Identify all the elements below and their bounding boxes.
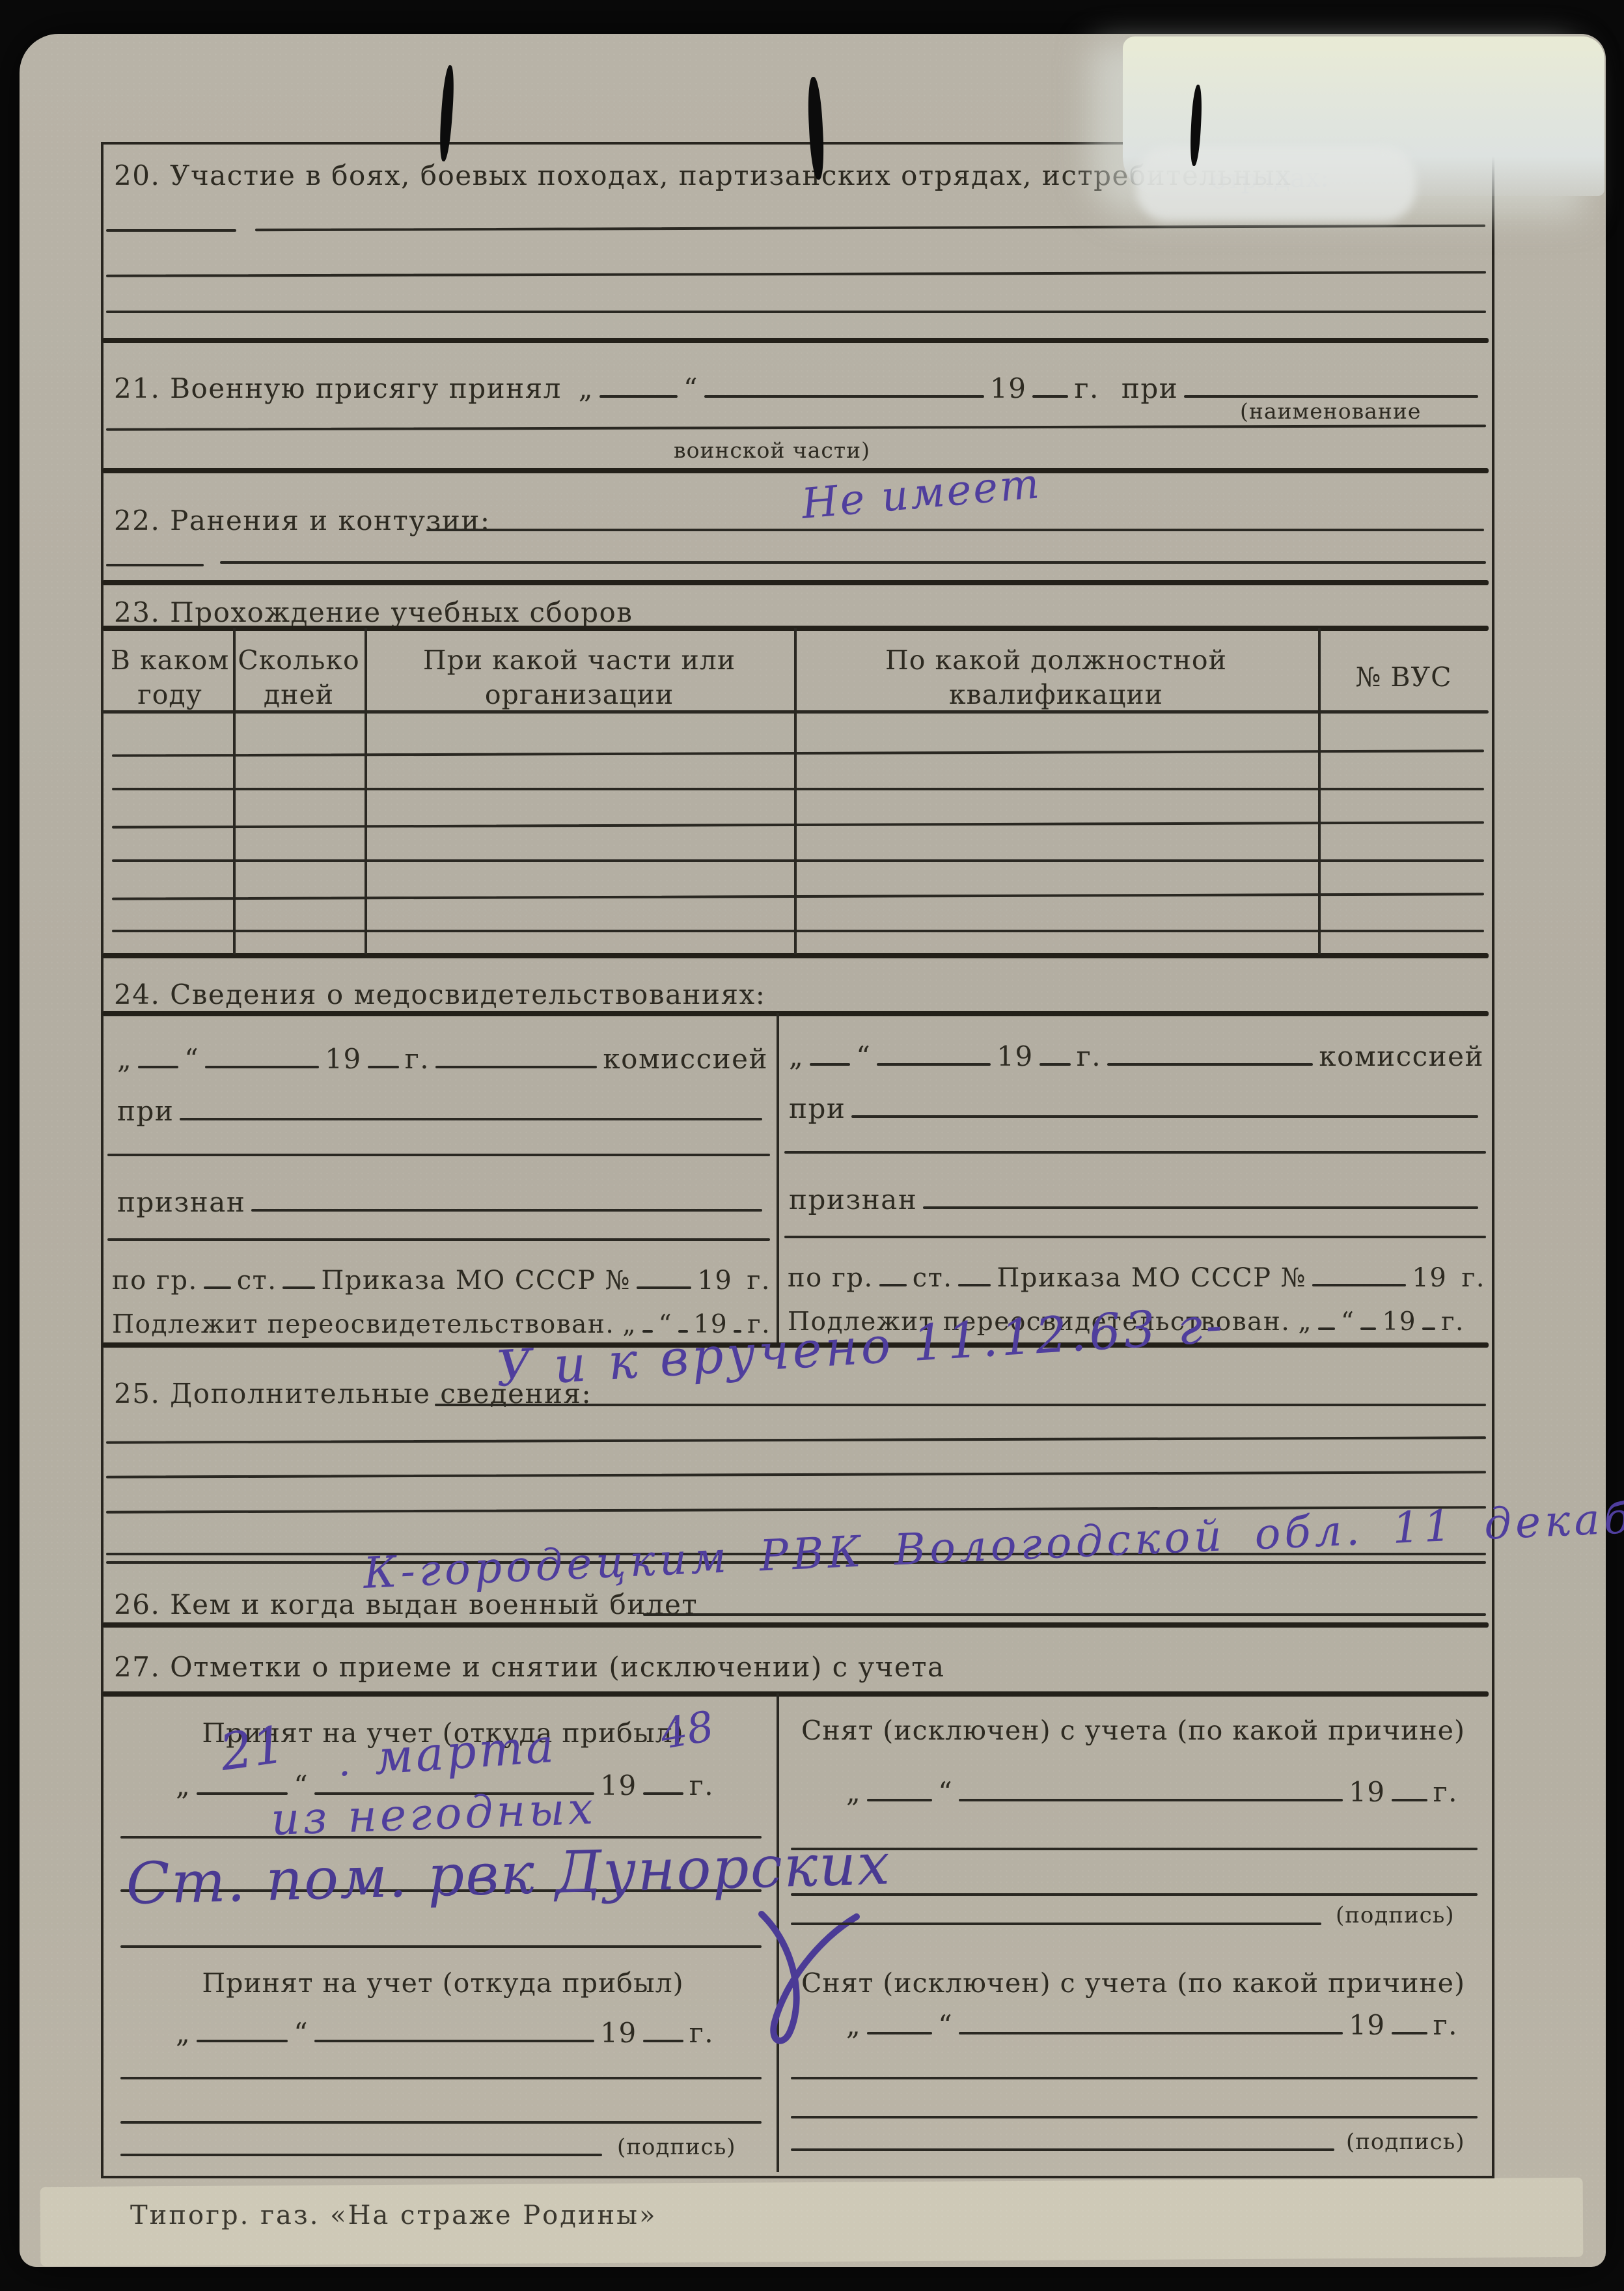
blank-year — [643, 2040, 683, 2042]
year-suffix: г. — [1433, 2009, 1458, 2041]
po-gr-label: по гр. — [112, 1266, 198, 1296]
table-col-separator — [365, 628, 367, 954]
signature-caption: (подпись) — [1346, 2129, 1465, 2155]
year-suffix: г. — [689, 1770, 714, 1801]
col-header-vus: № ВУС — [1321, 660, 1487, 695]
ruled-line — [120, 2154, 602, 2156]
ruled-line — [791, 2116, 1478, 2118]
hint-naimenovanie: (наименование — [1240, 398, 1421, 424]
year-prefix: 19 — [1349, 1776, 1385, 1808]
section-divider — [102, 1622, 1489, 1628]
handwriting-day: 21 — [216, 1715, 288, 1783]
year-prefix: 19 — [990, 372, 1026, 404]
table-row-line — [112, 788, 1484, 790]
ruled-line — [120, 2121, 762, 2124]
blank-oath-month — [704, 395, 984, 398]
quote-close: “ — [184, 1043, 199, 1075]
priznan-label: признан — [117, 1186, 245, 1218]
ruled-line — [791, 1893, 1478, 1896]
table-row-line — [112, 930, 1484, 932]
ruled-line — [107, 1154, 770, 1156]
remove-header: Снят (исключен) с учета (по какой причин… — [779, 1714, 1487, 1748]
col-header-days: Сколько дней — [236, 643, 362, 713]
year-suffix: г. — [1461, 1263, 1485, 1293]
medical-order-row: по гр. ст. Приказа МО СССР № 19 г. — [112, 1266, 771, 1296]
section-divider — [102, 580, 1489, 585]
commission-label: комиссией — [1319, 1040, 1484, 1072]
table-col-separator — [1318, 628, 1321, 954]
quote-close: “ — [938, 1776, 953, 1808]
ruled-line — [120, 2077, 762, 2079]
col-header-year: В каком году — [109, 643, 230, 713]
fill-line — [643, 1613, 1486, 1616]
section-24-label: 24. Сведения о медосвидетельствованиях: — [114, 979, 765, 1010]
blank-month — [314, 2040, 594, 2042]
fill-line — [435, 1404, 1486, 1406]
quote-open: „ — [846, 2009, 861, 2041]
col-header-qualification: По какой должностной квалификации — [797, 643, 1315, 713]
blank-st — [282, 1286, 315, 1289]
blank-commission — [1107, 1063, 1313, 1066]
section-21-label: 21. Военную присягу принял — [114, 372, 562, 404]
quote-open: „ — [176, 2017, 191, 2049]
blank-day — [1318, 1327, 1335, 1330]
ruled-line — [107, 1238, 770, 1241]
year-prefix: 19 — [325, 1043, 361, 1075]
ruled-line — [106, 229, 236, 232]
pri-label: при — [789, 1092, 846, 1124]
table-col-separator — [794, 628, 797, 954]
blank-year — [1039, 1063, 1071, 1066]
pri-label: при — [117, 1095, 174, 1127]
ruled-line — [106, 564, 204, 566]
blank-year — [1392, 2032, 1427, 2034]
blank-year — [1392, 1799, 1427, 1801]
blank-month — [205, 1066, 319, 1068]
quote-close: “ — [294, 2017, 309, 2049]
accept-header: Принят на учет (откуда прибыл) — [109, 1966, 777, 2001]
year-suffix: г. — [1441, 1307, 1465, 1337]
blank-reason — [959, 2032, 1343, 2034]
year-prefix: 19 — [1382, 1307, 1416, 1337]
scanned-military-card-page: 20. Участие в боях, боевых походах, парт… — [0, 0, 1624, 2291]
section-divider — [102, 338, 1489, 343]
quote-open: „ — [579, 372, 594, 404]
st-label: ст. — [913, 1263, 953, 1293]
year-suffix: г. — [689, 2017, 714, 2049]
blank-oath-year — [1032, 395, 1068, 398]
year-prefix: 19 — [997, 1040, 1033, 1072]
blank-day — [867, 2032, 932, 2034]
medical-order-row: по гр. ст. Приказа МО СССР № 19 г. — [788, 1263, 1485, 1293]
year-prefix: 19 — [697, 1266, 732, 1296]
section-divider — [102, 468, 1489, 473]
year-prefix: 19 — [600, 1770, 637, 1801]
commission-label: комиссией — [603, 1043, 768, 1075]
year-prefix: 19 — [1349, 2009, 1385, 2041]
blank-gr — [204, 1286, 231, 1289]
ruled-line — [791, 2077, 1478, 2079]
ruled-line — [784, 1151, 1486, 1154]
blank-commission — [435, 1066, 597, 1068]
blank-unit-name — [1184, 395, 1478, 398]
prikaz-label: Приказа МО СССР № — [321, 1266, 631, 1296]
remove-header: Снят (исключен) с учета (по какой причин… — [779, 1966, 1487, 2001]
po-gr-label: по гр. — [788, 1263, 874, 1293]
section-20-faint-text: отрядах: — [1211, 163, 1329, 195]
medical-column-divider — [777, 1013, 779, 1345]
register-date-row: „ “ 19 г. — [846, 2009, 1458, 2041]
year-suffix: г. — [1077, 1040, 1101, 1072]
medical-date-row: „ “ 19 г. комиссией — [789, 1040, 1484, 1072]
medical-priznan-row: признан — [117, 1186, 768, 1218]
pri-label: при — [1122, 372, 1178, 404]
blank-day — [197, 2040, 288, 2042]
fill-line — [426, 529, 1484, 531]
blank-reason — [959, 1799, 1343, 1801]
ruled-line — [791, 1848, 1478, 1850]
blank-year — [1422, 1327, 1435, 1330]
quote-open: „ — [117, 1043, 132, 1075]
year-prefix: 19 — [1412, 1263, 1447, 1293]
medical-date-row: „ “ 19 г. комиссией — [117, 1043, 768, 1075]
section-22-label: 22. Ранения и контузии: — [114, 505, 491, 536]
blank-year — [643, 1792, 683, 1795]
medical-pri-row: при — [789, 1092, 1484, 1124]
quote-close: “ — [938, 2009, 953, 2041]
priznan-label: признан — [789, 1184, 917, 1215]
blank-order-no — [1312, 1284, 1406, 1286]
printer-footer: Типогр. газ. «На страже Родины» — [130, 2201, 657, 2230]
register-column-divider — [777, 1693, 779, 2172]
blank-day — [867, 1799, 932, 1801]
medical-priznan-row: признан — [789, 1184, 1484, 1215]
year-suffix: г. — [1433, 1776, 1458, 1808]
blank-order-no — [637, 1286, 691, 1289]
quote-close: “ — [683, 372, 698, 404]
blank-day — [138, 1066, 178, 1068]
register-date-row: „ “ 19 г. — [846, 1776, 1458, 1808]
medical-pri-row: при — [117, 1095, 768, 1127]
quote-open: „ — [1298, 1307, 1312, 1337]
ruled-line — [120, 1945, 762, 1948]
section-20-label: 20. Участие в боях, боевых походах, парт… — [114, 160, 1291, 191]
table-row-line — [112, 859, 1484, 862]
quote-open: „ — [846, 1776, 861, 1808]
year-suffix: г. — [405, 1043, 430, 1075]
blank-month — [1360, 1327, 1376, 1330]
handwriting-year: 48 — [657, 1702, 717, 1759]
prikaz-label: Приказа МО СССР № — [997, 1263, 1306, 1293]
register-date-row: „ “ 19 г. — [176, 2017, 755, 2049]
blank-priznan — [923, 1206, 1478, 1209]
quote-open: „ — [789, 1040, 804, 1072]
section-23-label: 23. Прохождение учебных сборов — [114, 596, 633, 628]
year-suffix: г. — [747, 1266, 771, 1296]
hint-voinskoy-chasti: воинской части) — [674, 437, 870, 463]
year-suffix: г. — [1074, 372, 1099, 404]
table-col-separator — [233, 628, 236, 954]
blank-year — [368, 1066, 399, 1068]
year-prefix: 19 — [600, 2017, 637, 2049]
podlezhit-label: Подлежит переосвидетельствован. — [112, 1310, 614, 1339]
blank-oath-day — [599, 395, 678, 398]
quote-close: “ — [856, 1040, 871, 1072]
ruled-line — [106, 311, 1486, 313]
signature-caption: (подпись) — [617, 2134, 736, 2160]
ruled-line — [791, 2148, 1334, 2151]
section-27-label: 27. Отметки о приеме и снятии (исключени… — [114, 1651, 945, 1683]
quote-close: “ — [1341, 1307, 1355, 1337]
handwriting-dot: · — [338, 1751, 351, 1797]
blank-gr — [879, 1284, 907, 1286]
blank-day — [810, 1063, 850, 1066]
subtable-top-border — [102, 1011, 1489, 1016]
st-label: ст. — [237, 1266, 277, 1296]
quote-open: „ — [176, 1770, 191, 1801]
signature-caption: (подпись) — [1336, 1902, 1454, 1928]
blank-pri — [180, 1118, 762, 1120]
col-header-unit: При какой части или организации — [367, 643, 791, 713]
blank-pri — [851, 1115, 1478, 1118]
blank-priznan — [251, 1209, 762, 1212]
blank-st — [958, 1284, 991, 1286]
register-table-top — [102, 1691, 1489, 1697]
ruled-line — [791, 1923, 1321, 1925]
blank-month — [877, 1063, 991, 1066]
ruled-line — [784, 1236, 1486, 1238]
ruled-line — [220, 561, 1486, 564]
